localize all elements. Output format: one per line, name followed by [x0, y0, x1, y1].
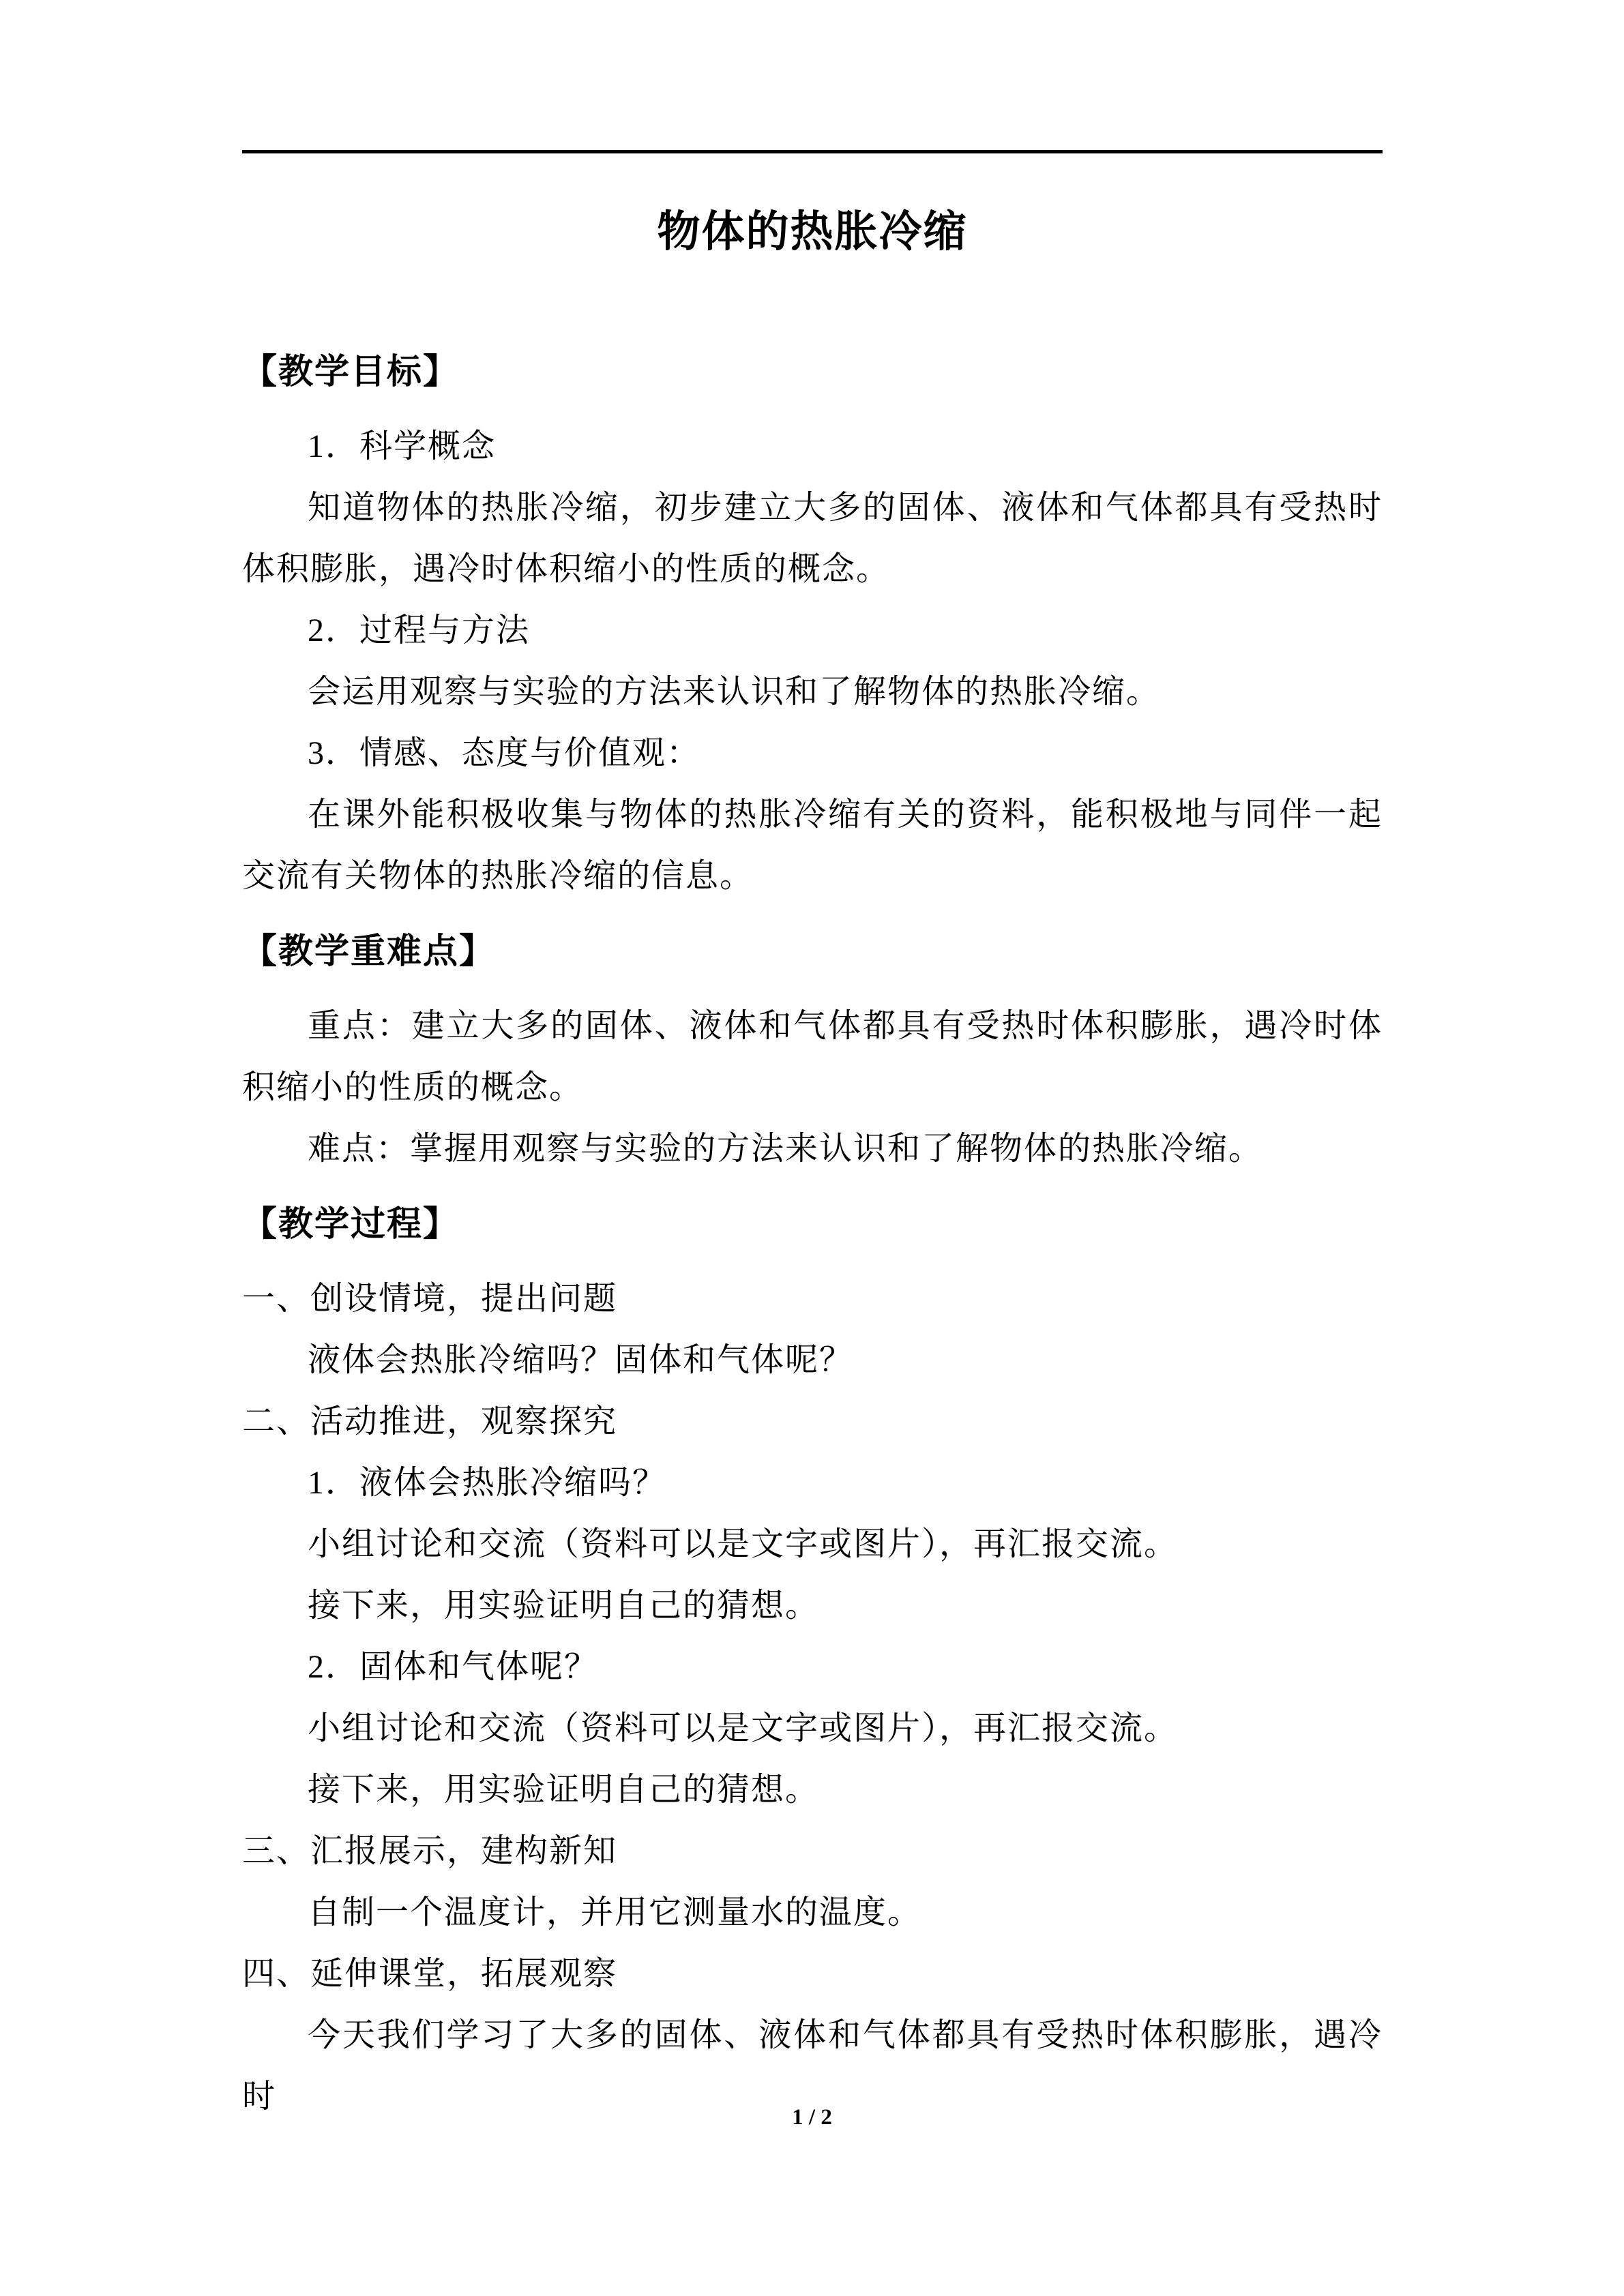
objective-item-3-label: 3．情感、态度与价值观：: [242, 723, 1383, 784]
section-heading-key-difficult-points: 【教学重难点】: [242, 921, 1383, 982]
process-step-1-line: 液体会热胀冷缩吗？固体和气体呢？: [242, 1330, 1383, 1391]
objective-item-2-label: 2．过程与方法: [242, 600, 1383, 661]
process-step-3-line: 自制一个温度计，并用它测量水的温度。: [242, 1882, 1383, 1943]
objective-item-3-text: 在课外能积极收集与物体的热胀冷缩有关的资料，能积极地与同伴一起交流有关物体的热胀…: [242, 784, 1383, 907]
process-step-2-line-4: 接下来，用实验证明自己的猜想。: [242, 1759, 1383, 1821]
process-step-3-title: 三、汇报展示，建构新知: [242, 1821, 1383, 1882]
page-footer: 1 / 2: [0, 2104, 1624, 2131]
document-content: 物体的热胀冷缩 【教学目标】 1．科学概念 知道物体的热胀冷缩，初步建立大多的固…: [242, 205, 1383, 2128]
process-step-2-title: 二、活动推进，观察探究: [242, 1391, 1383, 1452]
section-heading-process: 【教学过程】: [242, 1193, 1383, 1255]
section-heading-objectives: 【教学目标】: [242, 341, 1383, 402]
difficult-point-text: 难点：掌握用观察与实验的方法来认识和了解物体的热胀冷缩。: [242, 1118, 1383, 1180]
process-step-2-line-3: 小组讨论和交流（资料可以是文字或图片），再汇报交流。: [242, 1698, 1383, 1759]
objective-item-2-text: 会运用观察与实验的方法来认识和了解物体的热胀冷缩。: [242, 661, 1383, 723]
header-rule: [242, 150, 1383, 153]
process-step-2-item-2: 2．固体和气体呢？: [242, 1637, 1383, 1698]
process-step-1-title: 一、创设情境，提出问题: [242, 1268, 1383, 1330]
process-step-2-item-1: 1．液体会热胀冷缩吗？: [242, 1452, 1383, 1514]
key-point-text: 重点：建立大多的固体、液体和气体都具有受热时体积膨胀，遇冷时体积缩小的性质的概念…: [242, 996, 1383, 1118]
page-title: 物体的热胀冷缩: [242, 205, 1383, 259]
objective-item-1-label: 1．科学概念: [242, 416, 1383, 477]
process-step-2-line-2: 接下来，用实验证明自己的猜想。: [242, 1575, 1383, 1637]
objective-item-1-text: 知道物体的热胀冷缩，初步建立大多的固体、液体和气体都具有受热时体积膨胀，遇冷时体…: [242, 477, 1383, 600]
process-step-2-line-1: 小组讨论和交流（资料可以是文字或图片），再汇报交流。: [242, 1514, 1383, 1575]
process-step-4-title: 四、延伸课堂，拓展观察: [242, 1943, 1383, 2005]
page-number: 1 / 2: [792, 2105, 832, 2130]
document-page: 物体的热胀冷缩 【教学目标】 1．科学概念 知道物体的热胀冷缩，初步建立大多的固…: [0, 0, 1624, 2296]
